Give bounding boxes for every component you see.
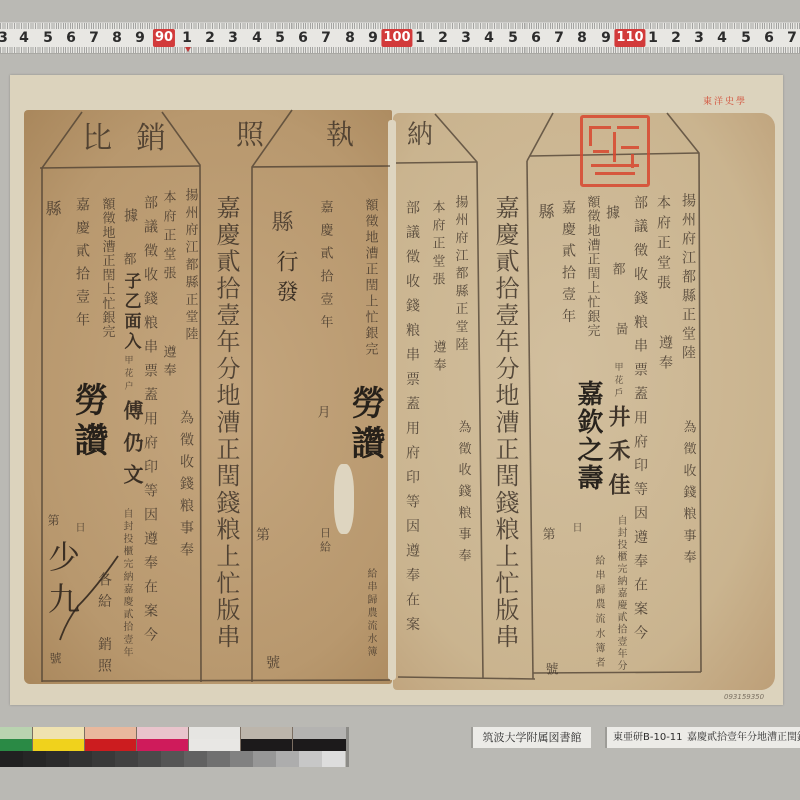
ruler-label: 5	[275, 29, 285, 47]
stub-county: 縣	[44, 200, 60, 216]
chart-pastel-row	[0, 727, 346, 739]
ruler-label: 7	[554, 29, 564, 47]
title-column-right: 嘉慶貳拾壹年分地漕正閏錢粮上忙版串	[493, 195, 517, 651]
seal-stroke	[613, 132, 616, 162]
chart-grayscale-row	[0, 751, 345, 767]
stub-number-suffix: 號	[49, 652, 61, 664]
ruler-label: 9	[368, 29, 378, 47]
ruler-label: 1	[648, 29, 658, 47]
ruler-label: 2	[205, 29, 215, 47]
chart-edge	[346, 727, 349, 767]
gray-step	[161, 751, 184, 767]
swatch-light-orange	[85, 727, 137, 739]
receipt-assessment: 額徵地漕正閏上忙銀完	[364, 198, 377, 358]
stub-du: 都	[122, 252, 135, 265]
ruler-label: 6	[764, 29, 774, 47]
gray-step	[230, 751, 253, 767]
swatch-white	[189, 727, 241, 739]
stub-prefect-suffix: 遵奉	[162, 345, 175, 381]
payer-magistrate: 揚州府江都縣正堂陸	[454, 195, 467, 355]
gray-step	[115, 751, 138, 767]
swatch-white	[189, 739, 241, 751]
swatch-black	[293, 739, 346, 751]
gray-step	[23, 751, 46, 767]
seal-stroke	[621, 146, 639, 149]
stub-self-seal: 自封投櫃完納嘉慶貳拾壹年	[121, 508, 131, 659]
swatch-light-pink	[137, 727, 189, 739]
stub-payer-handwritten: 傅仍文	[122, 400, 142, 496]
swatch-black	[241, 739, 293, 751]
header-stub-left: 比	[82, 124, 112, 154]
ruler-label: 3	[228, 29, 238, 47]
main-jia-huahu: 甲花戶	[613, 362, 622, 401]
header-stub-right: 銷	[136, 124, 166, 154]
ruler-label: 3	[0, 29, 8, 47]
ruler-label: 9	[135, 29, 145, 47]
stub-regulation: 部議徵收錢粮串票蓋用府印等因遵奉在案今	[143, 195, 157, 651]
library-name: 筑波大学附属図書館	[483, 731, 582, 744]
receipt-number-prefix: 第	[255, 527, 269, 541]
seal-stroke	[589, 126, 592, 146]
main-day: 日	[570, 522, 580, 532]
receipt-county-handwritten: 行發	[274, 250, 296, 310]
swatch-green	[0, 739, 33, 751]
ruler-label: 8	[112, 29, 122, 47]
stub-tu-handwritten: 子乙面入	[122, 272, 139, 352]
main-county: 縣	[537, 203, 553, 219]
main-prefect-suffix: 遵奉	[658, 335, 672, 375]
main-assessment: 額徵地漕正閏上忙銀完	[586, 195, 599, 338]
stub-ju: 據	[123, 208, 137, 222]
receipt-black-stamp: 勞讚	[348, 385, 382, 465]
main-subject: 為徵收錢粮事奉	[682, 420, 695, 572]
main-black-stamp: 嘉欽之壽	[575, 380, 601, 492]
ruler-label: 4	[252, 29, 262, 47]
stub-black-stamp: 勞讚	[71, 382, 105, 462]
receipt-month: 月	[316, 405, 329, 418]
paper-damage-spot	[334, 464, 354, 534]
gray-step	[46, 751, 69, 767]
call-number: 東亜研B-10-11	[613, 727, 683, 748]
gray-step	[138, 751, 161, 767]
seal-stroke	[593, 150, 609, 153]
ruler-label-highlighted: 110	[614, 29, 645, 47]
ruler-label: 2	[671, 29, 681, 47]
swatch-magenta	[137, 739, 189, 751]
ruler-label: 1	[415, 29, 425, 47]
stub-day: 日	[73, 522, 83, 532]
payer-regulation: 部議徵收錢粮串票蓋用府印等因遵奉在案	[405, 200, 419, 641]
ruler-label: 8	[345, 29, 355, 47]
stub-jia-huahu: 甲花户	[123, 355, 132, 394]
ruler-label: 7	[787, 29, 797, 47]
stub-subject: 為徵收錢粮事奉	[179, 410, 193, 564]
gray-step	[322, 751, 345, 767]
gray-step	[0, 751, 23, 767]
ruler-label: 4	[484, 29, 494, 47]
main-magistrate: 揚州府江都縣正堂陸	[681, 193, 695, 364]
gray-step	[207, 751, 230, 767]
swatch-light-green	[0, 727, 33, 739]
stub-number-handwritten: 少九	[46, 540, 78, 624]
swatch-gray	[293, 727, 346, 739]
main-self-seal: 自封投櫃完納嘉慶貳拾壹年分	[615, 515, 625, 672]
main-number-suffix: 號	[544, 662, 557, 675]
main-tu: 啚	[614, 322, 627, 335]
gray-step	[184, 751, 207, 767]
seal-stroke	[631, 154, 634, 168]
measuring-ruler: 3 4 5 6 7 8 9 90 1 2 3 4 5 6 7 8 9 100 1…	[0, 23, 800, 53]
seal-stroke	[617, 126, 639, 129]
swatch-yellow	[33, 739, 85, 751]
gray-step	[276, 751, 299, 767]
ruler-label: 3	[694, 29, 704, 47]
ruler-label: 1	[182, 29, 192, 47]
ruler-label-highlighted: 100	[381, 29, 412, 47]
ruler-label: 9	[601, 29, 611, 47]
stub-prefect: 本府正堂張	[162, 190, 175, 285]
payer-prefect: 本府正堂張	[431, 200, 444, 290]
main-payer-handwritten: 井禾佳	[606, 405, 628, 507]
collection-stamp-text: 東洋史學	[703, 94, 747, 107]
swatch-light-yellow	[33, 727, 85, 739]
gray-step	[253, 751, 276, 767]
ruler-label: 6	[298, 29, 308, 47]
stub-issue: 各給 銷照	[97, 572, 111, 680]
color-calibration-chart	[0, 727, 346, 767]
page-gap	[388, 120, 396, 680]
ruler-label: 5	[508, 29, 518, 47]
ruler-pointer-icon	[185, 47, 191, 52]
payer-prefect-suffix: 遵奉	[432, 340, 445, 376]
library-label: 筑波大学附属図書館	[473, 727, 591, 748]
ruler-label: 5	[43, 29, 53, 47]
red-official-seal	[580, 115, 650, 187]
main-number-prefix: 第	[541, 527, 554, 540]
main-register: 給串歸農流水簿者	[593, 555, 603, 672]
ruler-label: 7	[321, 29, 331, 47]
item-title: 嘉慶貳拾壹年分地漕正閏銭	[687, 727, 800, 748]
swatch-red	[85, 739, 137, 751]
main-regulation: 部議徵收錢粮串票蓋用府印等因遵奉在案今	[633, 195, 647, 649]
main-du: 都	[611, 262, 624, 275]
receipt-year: 嘉慶貳拾壹年	[319, 200, 332, 338]
ruler-label: 6	[66, 29, 76, 47]
main-ju: 據	[605, 205, 619, 219]
item-label: 東亜研B-10-11 嘉慶貳拾壹年分地漕正閏銭	[607, 727, 800, 748]
ruler-label-highlighted: 90	[153, 29, 175, 47]
stub-year: 嘉慶貳拾壹年	[75, 197, 89, 335]
main-prefect: 本府正堂張	[656, 195, 670, 295]
stub-assessment: 額徵地漕正閏上忙銀完	[101, 197, 114, 339]
stub-number-prefix: 第	[47, 514, 59, 526]
title-column-left: 嘉慶貳拾壹年分地漕正閏錢粮上忙版串	[214, 195, 238, 651]
ruler-ticks-bottom	[0, 47, 800, 53]
gray-step	[299, 751, 322, 767]
chart-saturated-row	[0, 739, 346, 751]
receipt-number-suffix: 號	[265, 655, 279, 669]
stub-magistrate: 揚州府江都縣正堂陸	[184, 188, 197, 345]
catalog-number: 093159350	[724, 693, 764, 701]
receipt-county: 縣	[269, 210, 291, 232]
ruler-label: 3	[461, 29, 471, 47]
ruler-label: 2	[438, 29, 448, 47]
swatch-light-gray	[241, 727, 293, 739]
header-receipt-right: 執	[326, 121, 354, 149]
seal-stroke	[595, 172, 635, 175]
ruler-label: 8	[577, 29, 587, 47]
receipt-register: 給串歸農流水簿	[365, 568, 375, 659]
ruler-label: 7	[89, 29, 99, 47]
ruler-label: 6	[531, 29, 541, 47]
header-receipt-left: 照	[236, 121, 264, 149]
receipt-day-issue: 日給	[320, 527, 331, 555]
ruler-label: 5	[741, 29, 751, 47]
ruler-label: 4	[19, 29, 29, 47]
payer-subject: 為徵收錢粮事奉	[457, 420, 470, 570]
gray-step	[92, 751, 115, 767]
header-payer: 納	[407, 122, 433, 148]
seal-stroke	[589, 126, 611, 129]
gray-step	[69, 751, 92, 767]
ruler-label: 4	[717, 29, 727, 47]
main-year: 嘉慶貳拾壹年	[561, 200, 575, 330]
